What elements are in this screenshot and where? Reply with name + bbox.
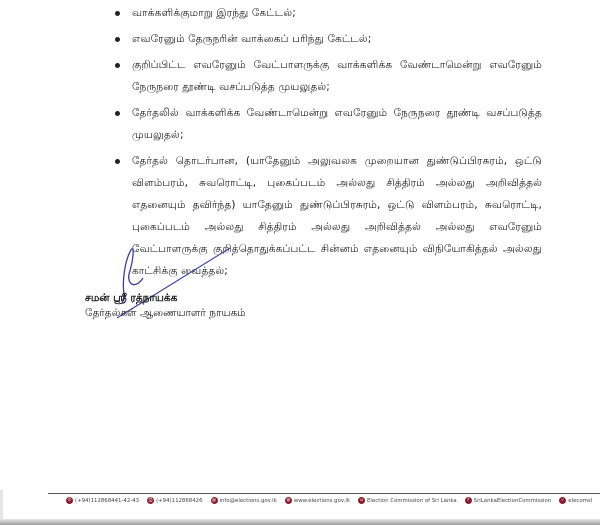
footer-item[interactable]: ✓elecomsl: [559, 497, 592, 504]
footer-item-text: elecomsl: [568, 498, 592, 504]
footer-item[interactable]: ⌂Election Commission of Sri Lanka: [358, 497, 457, 504]
footer-divider: [48, 493, 600, 494]
web-icon: ◍: [285, 497, 292, 504]
footer-item-text: (+94)112868441-42-43: [75, 498, 139, 504]
footer-item-text: info@elections.gov.lk: [220, 498, 277, 504]
twitter-icon: ✓: [559, 497, 566, 504]
footer-item[interactable]: ◍www.elections.gov.lk: [285, 497, 350, 504]
footer-item-text: www.elections.gov.lk: [294, 498, 350, 504]
page-edge: [0, 519, 600, 525]
signer-title: தேர்தல்கள் ஆணையாளர் நாயகம்: [85, 307, 246, 320]
footer-item[interactable]: ⎙(+94)112868426: [147, 497, 202, 504]
signer-name: சமன் ஸ்ரீ ரத்நாயக்க: [85, 292, 177, 305]
fax-icon: ⎙: [147, 497, 154, 504]
document-page: வாக்களிக்குமாறு இரந்து கேட்டல்; எவரேனும்…: [0, 0, 600, 525]
footer-contacts: ✆(+94)112868441-42-43⎙(+94)112868426@inf…: [66, 497, 600, 504]
bullet-item: வாக்களிக்குமாறு இரந்து கேட்டல்;: [112, 2, 542, 24]
page-edge: [0, 490, 3, 520]
bullet-item: எவரேனும் தேருநரின் வாக்கைப் பரிந்து கேட்…: [112, 28, 542, 50]
bullet-item: தேர்தலில் வாக்களிக்க வேண்டாமென்று எவரேனு…: [112, 102, 542, 146]
footer-item[interactable]: fSriLankaElectionCommission: [465, 497, 552, 504]
email-icon: @: [211, 497, 218, 504]
phone-icon: ✆: [66, 497, 73, 504]
footer-item-text: SriLankaElectionCommission: [474, 498, 552, 504]
footer-item-text: (+94)112868426: [156, 498, 202, 504]
footer-item[interactable]: @info@elections.gov.lk: [211, 497, 277, 504]
footer-item-text: Election Commission of Sri Lanka: [367, 498, 457, 504]
building-icon: ⌂: [358, 497, 365, 504]
facebook-icon: f: [465, 497, 472, 504]
footer-item[interactable]: ✆(+94)112868441-42-43: [66, 497, 139, 504]
bullet-item: குறிப்பிட்ட எவரேனும் வேட்பாளருக்கு வாக்க…: [112, 54, 542, 98]
